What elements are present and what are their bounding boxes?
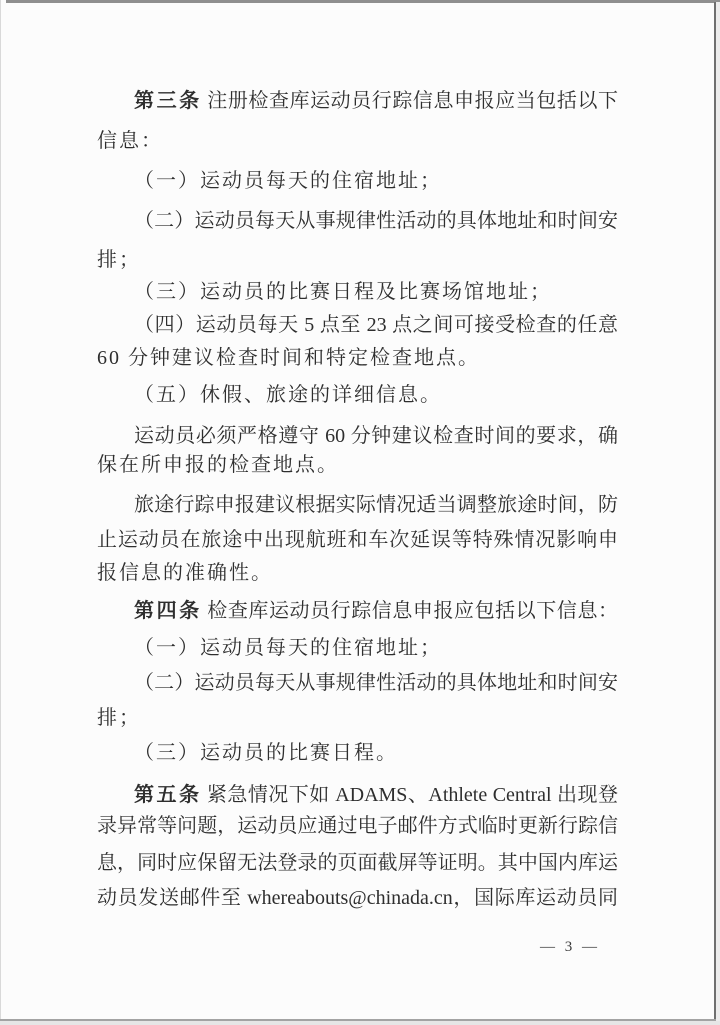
text-line: 60 分钟建议检查时间和特定检查地点。 — [97, 345, 618, 372]
text-line: 排； — [97, 247, 618, 274]
article-number: 第四条 — [134, 600, 202, 622]
text-line: （三）运动员的比赛日程。 — [97, 740, 618, 767]
article-heading-line: 第五条 紧急情况下如 ADAMS、Athlete Central 出现登 — [97, 782, 618, 809]
text-line: 排； — [97, 705, 618, 732]
document-text: 第三条 注册检查库运动员行踪信息申报应当包括以下信息：（一）运动员每天的住宿地址… — [0, 0, 720, 1025]
text-line: （三）运动员的比赛日程及比赛场馆地址； — [97, 279, 618, 306]
text-line: 保在所申报的检查地点。 — [97, 452, 618, 479]
text-line: 报信息的准确性。 — [97, 560, 618, 587]
text-line: （一）运动员每天的住宿地址； — [97, 168, 618, 195]
text-line: 运动员必须严格遵守 60 分钟建议检查时间的要求，确 — [97, 423, 618, 450]
text-line: 息，同时应保留无法登录的页面截屏等证明。其中国内库运 — [97, 850, 618, 877]
article-heading-line: 第四条 检查库运动员行踪信息申报应包括以下信息： — [97, 598, 618, 625]
text-line: 止运动员在旅途中出现航班和车次延误等特殊情况影响申 — [97, 527, 618, 554]
text-line: 动员发送邮件至 whereabouts@chinada.cn，国际库运动员同 — [97, 885, 618, 912]
scanned-document-page: 第三条 注册检查库运动员行踪信息申报应当包括以下信息：（一）运动员每天的住宿地址… — [0, 0, 720, 1025]
text-line: （五）休假、旅途的详细信息。 — [97, 382, 618, 409]
text-line: 录异常等问题，运动员应通过电子邮件方式临时更新行踪信 — [97, 813, 618, 840]
article-number: 第五条 — [134, 784, 201, 806]
text-line: （一）运动员每天的住宿地址； — [97, 635, 618, 662]
text-line: （二）运动员每天从事规律性活动的具体地址和时间安 — [97, 208, 618, 235]
text-line: 信息： — [97, 128, 618, 155]
text-line: （四）运动员每天 5 点至 23 点之间可接受检查的任意 — [97, 312, 618, 339]
text-line: 旅途行踪申报建议根据实际情况适当调整旅途时间，防 — [97, 492, 618, 519]
article-heading-line: 第三条 注册检查库运动员行踪信息申报应当包括以下 — [97, 88, 618, 115]
text-line: （二）运动员每天从事规律性活动的具体地址和时间安 — [97, 670, 618, 697]
page-number: — 3 — — [520, 939, 620, 956]
article-number: 第三条 — [134, 90, 202, 112]
